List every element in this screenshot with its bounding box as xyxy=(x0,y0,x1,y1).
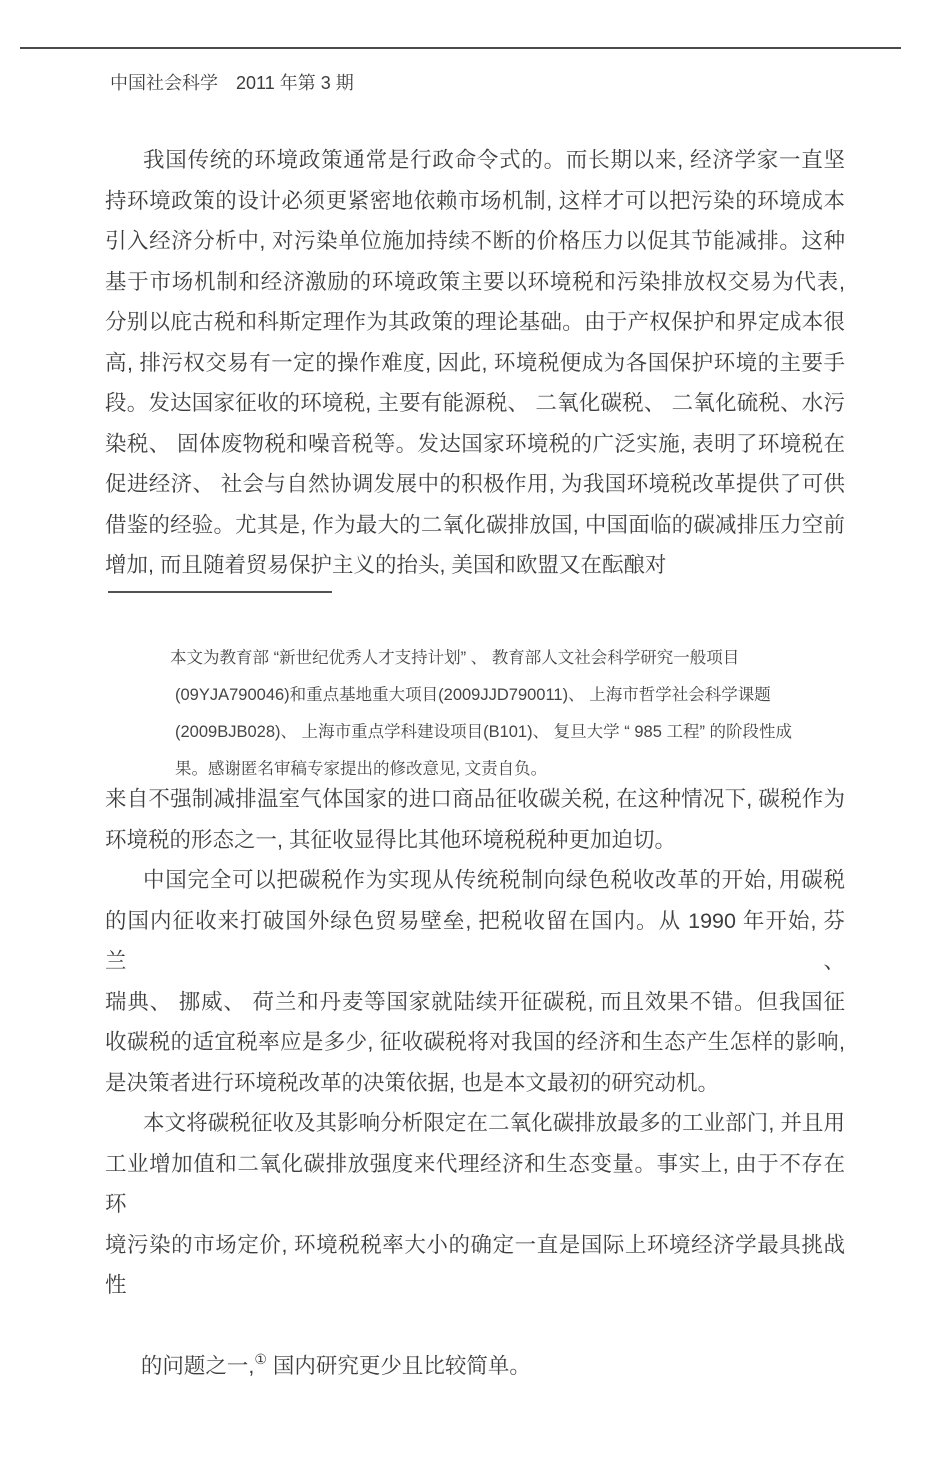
paragraph-2: 中国完全可以把碳税作为实现从传统税制向绿色税收改革的开始, 用碳税的国内征收来打… xyxy=(105,860,845,1103)
paragraph-3-last-line: 的问题之一,① 国内研究更少且比较简单。 xyxy=(105,1306,845,1428)
text-line: (09YJA790046)和重点基地重大项目(2009JJD790011)、 上… xyxy=(170,677,838,714)
text-line: 中国完全可以把碳税作为实现从传统税制向绿色税收改革的开始, 用碳税 xyxy=(105,860,845,901)
text-line: 瑞典、 挪威、 荷兰和丹麦等国家就陆续开征碳税, 而且效果不错。但我国征 xyxy=(105,982,845,1023)
text-run: 的问题之一, xyxy=(141,1354,254,1378)
text-line: 增加, 而且随着贸易保护主义的抬头, 美国和欧盟又在酝酿对 xyxy=(105,545,845,586)
text-line: 持环境政策的设计必须更紧密地依赖市场机制, 这样才可以把污染的环境成本 xyxy=(105,181,845,222)
text-line: (2009BJB028)、 上海市重点学科建设项目(B101)、 复旦大学 “ … xyxy=(170,714,838,751)
text-line: 的国内征收来打破国外绿色贸易壁垒, 把税收留在国内。从 1990 年开始, 芬兰… xyxy=(105,901,845,982)
text-line: 环境税的形态之一, 其征收显得比其他环境税税种更加迫切。 xyxy=(105,820,845,861)
text-line: 是决策者进行环境税改革的决策依据, 也是本文最初的研究动机。 xyxy=(105,1063,845,1104)
paragraph-3: 本文将碳税征收及其影响分析限定在二氧化碳排放最多的工业部门, 并且用工业增加值和… xyxy=(105,1103,845,1306)
lower-text-column: 来自不强制减排温室气体国家的进口商品征收碳关税, 在这种情况下, 碳税作为环境税… xyxy=(105,779,845,1427)
document-page: 中国社会科学 2011 年第 3 期 我国传统的环境政策通常是行政命令式的。而长… xyxy=(0,0,950,1463)
text-line: 段。发达国家征收的环境税, 主要有能源税、 二氧化碳税、 二氧化硫税、水污 xyxy=(105,383,845,424)
text-line: 引入经济分析中, 对污染单位施加持续不断的价格压力以促其节能减排。这种 xyxy=(105,221,845,262)
text-line: 高, 排污权交易有一定的操作难度, 因此, 环境税便成为各国保护环境的主要手 xyxy=(105,343,845,384)
text-line: 基于市场机制和经济激励的环境政策主要以环境税和污染排放权交易为代表, xyxy=(105,262,845,303)
text-line: 工业增加值和二氧化碳排放强度来代理经济和生态变量。事实上, 由于不存在环 xyxy=(105,1144,845,1225)
text-line: 借鉴的经验。尤其是, 作为最大的二氧化碳排放国, 中国面临的碳减排压力空前 xyxy=(105,505,845,546)
paragraph-1-continued: 来自不强制减排温室气体国家的进口商品征收碳关税, 在这种情况下, 碳税作为环境税… xyxy=(105,779,845,860)
header-rule xyxy=(20,47,901,49)
text-line: 收碳税的适宜税率应是多少, 征收碳税将对我国的经济和生态产生怎样的影响, xyxy=(105,1022,845,1063)
text-line: 我国传统的环境政策通常是行政命令式的。而长期以来, 经济学家一直坚 xyxy=(105,140,845,181)
text-line: 本文为教育部 “新世纪优秀人才支持计划” 、 教育部人文社会科学研究一般项目 xyxy=(170,640,838,677)
text-run: 国内研究更少且比较简单。 xyxy=(267,1354,531,1378)
paragraph-1: 我国传统的环境政策通常是行政命令式的。而长期以来, 经济学家一直坚持环境政策的设… xyxy=(105,140,845,586)
text-line: 境污染的市场定价, 环境税税率大小的确定一直是国际上环境经济学最具挑战性 xyxy=(105,1225,845,1306)
text-line: 染税、 固体废物税和噪音税等。发达国家环境税的广泛实施, 表明了环境税在 xyxy=(105,424,845,465)
text-line: 本文将碳税征收及其影响分析限定在二氧化碳排放最多的工业部门, 并且用 xyxy=(105,1103,845,1144)
text-line: 促进经济、 社会与自然协调发展中的积极作用, 为我国环境税改革提供了可供 xyxy=(105,464,845,505)
footnote-ref-1-icon: ① xyxy=(254,1351,267,1367)
footnote: 本文为教育部 “新世纪优秀人才支持计划” 、 教育部人文社会科学研究一般项目(0… xyxy=(170,640,838,788)
footnote-rule xyxy=(108,591,332,593)
journal-header: 中国社会科学 2011 年第 3 期 xyxy=(110,71,354,95)
text-line: 来自不强制减排温室气体国家的进口商品征收碳关税, 在这种情况下, 碳税作为 xyxy=(105,779,845,820)
text-line: 分别以庇古税和科斯定理作为其政策的理论基础。由于产权保护和界定成本很 xyxy=(105,302,845,343)
